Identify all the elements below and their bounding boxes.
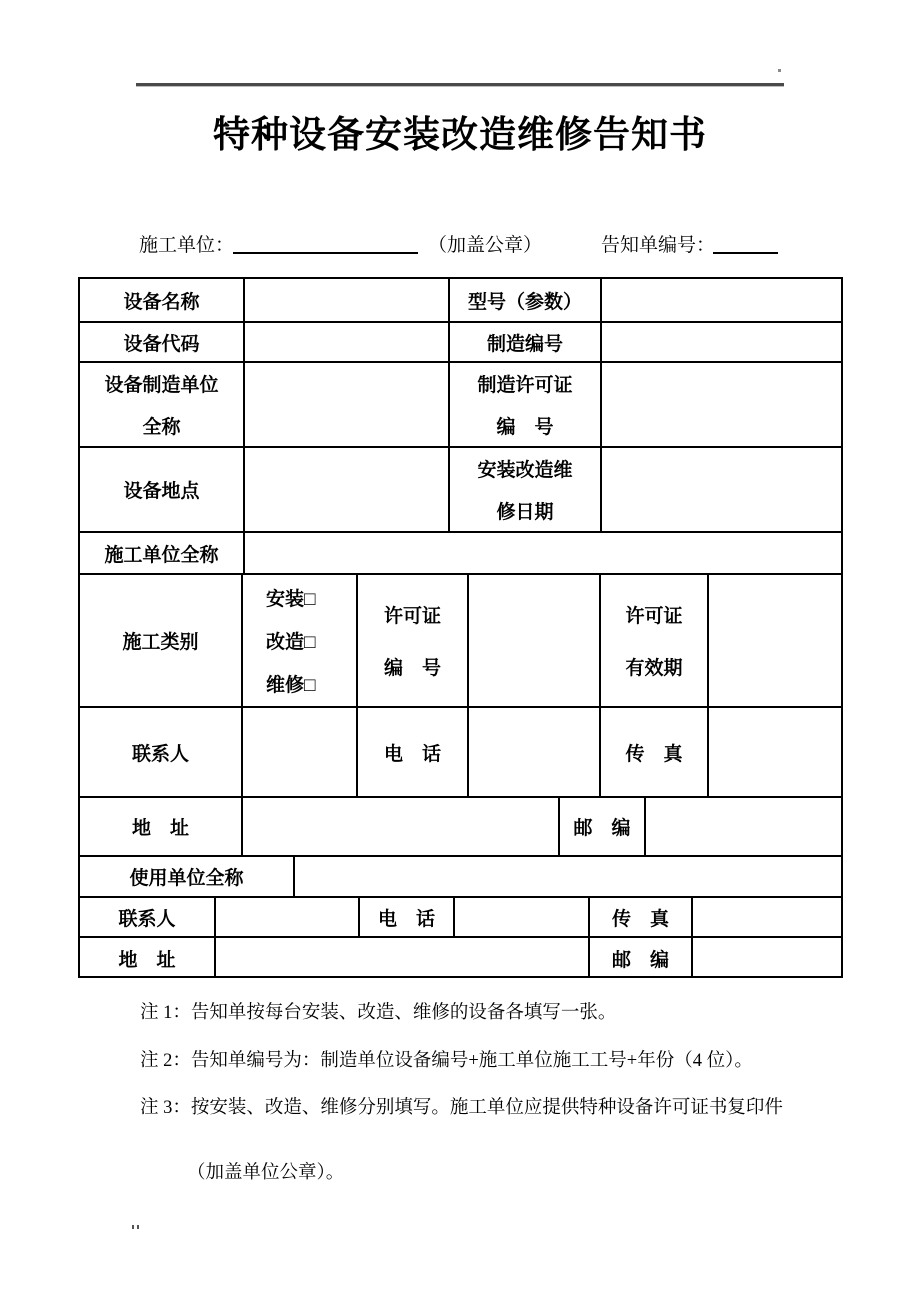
table-row: 地 址 邮 编: [80, 938, 841, 978]
table-row: 施工单位全称: [80, 533, 841, 575]
manufacture-license-no-label: 制造许可证 编 号: [450, 363, 602, 446]
device-maker-label-line2: 全称: [142, 412, 180, 439]
note-4-seal: （加盖单位公章）。: [140, 1161, 816, 1186]
manufacture-license-label-line2: 编 号: [496, 412, 553, 439]
notification-form-table: 设备名称 型号（参数） 设备代码 制造编号 设备制造单位 全称 制造许可证 编 …: [78, 277, 843, 978]
note-2: 注 2：告知单编号为：制造单位设备编号+施工单位施工工号+年份（4 位）。: [140, 1049, 816, 1074]
work-date-value-cell[interactable]: [602, 448, 841, 531]
table-row: 使用单位全称: [80, 857, 841, 898]
option-repair-label: 维修: [266, 675, 304, 696]
work-category-options-cell: 安装□ 改造□ 维修□: [243, 575, 358, 706]
table-row: 联系人 电 话 传 真: [80, 898, 841, 938]
manufacture-license-value-cell[interactable]: [602, 363, 841, 446]
device-name-label: 设备名称: [80, 279, 245, 321]
user-phone-value-cell[interactable]: [455, 898, 590, 936]
user-address-label: 地 址: [80, 938, 216, 978]
option-repair[interactable]: 维修□: [266, 670, 316, 697]
user-fax-label: 传 真: [590, 898, 693, 936]
table-row: 联系人 电 话 传 真: [80, 708, 841, 798]
table-row: 设备制造单位 全称 制造许可证 编 号: [80, 363, 841, 448]
device-code-value-cell[interactable]: [245, 323, 450, 361]
user-zip-code-value-cell[interactable]: [693, 938, 841, 978]
address-label: 地 址: [80, 798, 243, 855]
option-install-label: 安装: [266, 589, 304, 610]
license-no-label-line1: 许可证: [384, 601, 441, 628]
table-row: 设备名称 型号（参数）: [80, 279, 841, 323]
license-validity-label-line1: 许可证: [625, 601, 682, 628]
option-modify[interactable]: 改造□: [266, 627, 316, 654]
license-no-label: 许可证 编 号: [358, 575, 469, 706]
work-category-label: 施工类别: [80, 575, 243, 706]
repair-checkbox-icon[interactable]: □: [304, 675, 315, 696]
work-date-label-line2: 修日期: [496, 497, 553, 524]
modify-checkbox-icon[interactable]: □: [304, 632, 315, 653]
manufacture-no-value-cell[interactable]: [602, 323, 841, 361]
device-name-value-cell[interactable]: [245, 279, 450, 321]
device-maker-value-cell[interactable]: [245, 363, 450, 446]
manufacture-no-label: 制造编号: [450, 323, 602, 361]
user-unit-fullname-value-cell[interactable]: [295, 857, 841, 896]
user-unit-fullname-label: 使用单位全称: [80, 857, 295, 896]
option-install[interactable]: 安装□: [266, 584, 316, 611]
model-params-label: 型号（参数）: [450, 279, 602, 321]
table-row: 地 址 邮 编: [80, 798, 841, 857]
zip-code-value-cell[interactable]: [646, 798, 841, 855]
work-date-label: 安装改造维 修日期: [450, 448, 602, 531]
manufacture-license-label-line1: 制造许可证: [477, 370, 572, 397]
fax-value-cell[interactable]: [709, 708, 841, 796]
notice-number-blank[interactable]: [713, 228, 778, 254]
contact-person-value-cell[interactable]: [243, 708, 358, 796]
device-location-value-cell[interactable]: [245, 448, 450, 531]
license-no-label-line2: 编 号: [384, 653, 441, 680]
fax-label: 传 真: [601, 708, 709, 796]
user-address-value-cell[interactable]: [216, 938, 590, 978]
work-date-label-line1: 安装改造维: [477, 455, 572, 482]
install-checkbox-icon[interactable]: □: [304, 589, 315, 610]
table-row: 施工类别 安装□ 改造□ 维修□ 许可证 编 号 许可证 有效期: [80, 575, 841, 708]
phone-value-cell[interactable]: [469, 708, 601, 796]
zip-code-label: 邮 编: [560, 798, 646, 855]
table-row: 设备地点 安装改造维 修日期: [80, 448, 841, 533]
construction-unit-blank[interactable]: [233, 228, 418, 254]
top-right-speck: [778, 69, 781, 72]
user-contact-person-value-cell[interactable]: [216, 898, 360, 936]
contact-person-label: 联系人: [80, 708, 243, 796]
license-validity-label-line2: 有效期: [625, 653, 682, 680]
phone-label: 电 话: [358, 708, 469, 796]
device-maker-fullname-label: 设备制造单位 全称: [80, 363, 245, 446]
construction-unit-fullname-value-cell[interactable]: [245, 533, 841, 573]
seal-note-label: （加盖公章）: [428, 230, 542, 257]
page-title: 特种设备安装改造维修告知书: [0, 104, 920, 158]
notice-number-label: 告知单编号：: [601, 230, 715, 257]
user-contact-person-label: 联系人: [80, 898, 216, 936]
device-location-label: 设备地点: [80, 448, 245, 531]
construction-unit-fullname-label: 施工单位全称: [80, 533, 245, 573]
option-modify-label: 改造: [266, 632, 304, 653]
document-page: 特种设备安装改造维修告知书 施工单位： （加盖公章） 告知单编号： 设备名称 型…: [0, 0, 920, 1302]
table-row: 设备代码 制造编号: [80, 323, 841, 363]
construction-unit-label: 施工单位：: [139, 230, 234, 257]
model-params-value-cell[interactable]: [602, 279, 841, 321]
license-validity-label: 许可证 有效期: [601, 575, 709, 706]
note-1: 注 1：告知单按每台安装、改造、维修的设备各填写一张。: [140, 1001, 816, 1026]
device-code-label: 设备代码: [80, 323, 245, 361]
address-value-cell[interactable]: [243, 798, 560, 855]
license-no-value-cell[interactable]: [469, 575, 601, 706]
user-zip-code-label: 邮 编: [590, 938, 693, 978]
note-3: 注 3：按安装、改造、维修分别填写。施工单位应提供特种设备许可证书复印件: [140, 1096, 812, 1121]
device-maker-label-line1: 设备制造单位: [104, 370, 218, 397]
bottom-specks: [132, 1216, 144, 1221]
user-fax-value-cell[interactable]: [693, 898, 841, 936]
header-line: 施工单位： （加盖公章） 告知单编号：: [0, 228, 920, 258]
user-phone-label: 电 话: [360, 898, 455, 936]
top-horizontal-rule: [136, 83, 784, 87]
license-validity-value-cell[interactable]: [709, 575, 841, 706]
